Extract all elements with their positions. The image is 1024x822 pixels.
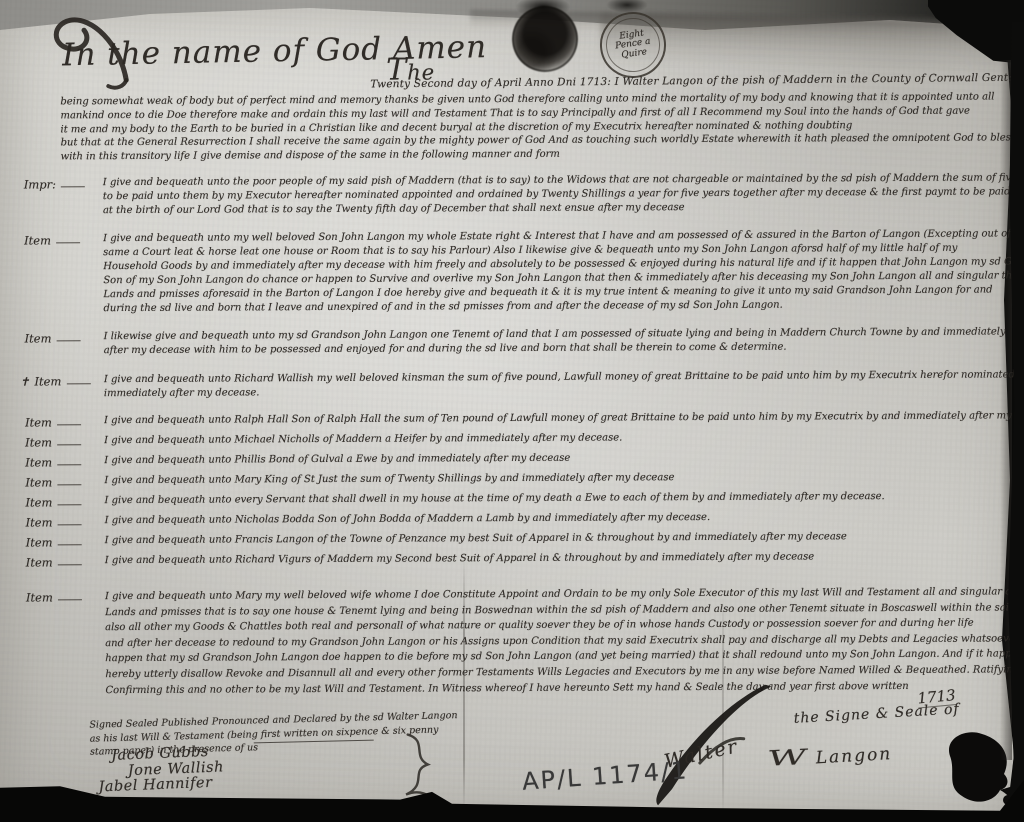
signature-initial: W [766, 745, 808, 771]
bequest-item: Item I likewise give and bequeath unto m… [12, 325, 1016, 358]
margin-label-dash [56, 340, 80, 341]
bequest-item: ✝ Item I give and bequeath unto Richard … [12, 368, 1016, 401]
bequest-line: I give and bequeath unto Nicholas Bodda … [105, 509, 1017, 528]
bequest-lines: I give and bequeath unto the poor people… [103, 171, 1015, 218]
margin-label-dash [57, 464, 81, 465]
bequest-item: Item I give and bequeath unto Mary my we… [13, 584, 1018, 698]
bequest-lines: I give and bequeath unto Ralph Hall Son … [104, 409, 1016, 428]
margin-label: Item [13, 514, 105, 529]
margin-label-text: Item [26, 535, 53, 549]
margin-label-text: Item [34, 374, 61, 388]
bequest-lines: I give and bequeath unto Mary King of St… [104, 469, 1016, 488]
margin-label: ✝ Item [12, 373, 104, 388]
margin-label-text: Item [25, 415, 52, 429]
margin-label-text: Item [25, 455, 52, 469]
margin-label-dash [56, 242, 80, 243]
bequest-item: Item I give and bequeath unto Ralph Hall… [12, 409, 1016, 429]
margin-label-dash [57, 424, 81, 425]
bequest-item: Item I give and bequeath unto my well be… [11, 227, 1015, 316]
bequest-item: Item I give and bequeath unto Mary King … [12, 469, 1016, 489]
heading: In the name of God Amen The [56, 16, 536, 83]
margin-label-text: Item [25, 331, 52, 345]
margin-label: Item [13, 589, 105, 604]
bequest-lines: I give and bequeath unto Francis Langon … [105, 529, 1017, 548]
bequest-line: I give and bequeath unto every Servant t… [104, 489, 1016, 508]
witness-signatures: Jacob Gubbs Jone Wallish Jabel Hannifer [97, 744, 225, 796]
bequest-item: Item I give and bequeath unto every Serv… [12, 489, 1016, 509]
witness-signature: Jabel Hannifer [98, 775, 225, 796]
bequest-lines: I give and bequeath unto every Servant t… [104, 489, 1016, 508]
bequest-item: Item I give and bequeath unto Michael Ni… [12, 429, 1016, 449]
margin-label: Item [12, 330, 104, 345]
margin-label-text: Item [26, 555, 53, 569]
margin-label: Item [12, 454, 104, 469]
margin-label-dash [66, 383, 90, 384]
bequest-item: Impr: I give and bequeath unto the poor … [11, 171, 1015, 218]
bequest-list: Impr: I give and bequeath unto the poor … [11, 171, 1018, 698]
margin-label-dash [57, 484, 81, 485]
preamble: being somewhat weak of body but of perfe… [60, 90, 1010, 164]
margin-label-text: Item [25, 435, 52, 449]
bequest-line: I give and bequeath unto Mary King of St… [104, 469, 1016, 488]
margin-label: Item [12, 474, 104, 489]
margin-label-dash [58, 544, 82, 545]
margin-label-text: Item [25, 475, 52, 489]
margin-label-dash [57, 524, 81, 525]
bequest-item: Item I give and bequeath unto Richard Vi… [13, 549, 1017, 569]
margin-label: Item [12, 494, 104, 509]
margin-label-dash [58, 564, 82, 565]
bequest-lines: I give and bequeath unto Mary my well be… [105, 584, 1018, 698]
margin-label-dash [61, 186, 85, 187]
bequest-item: Item I give and bequeath unto Francis La… [13, 529, 1017, 549]
margin-label: Item [11, 232, 103, 247]
bequest-line: I give and bequeath unto Phillis Bond of… [104, 449, 1016, 468]
bequest-lines: I give and bequeath unto Richard Wallish… [104, 368, 1016, 401]
manuscript-text-layer: In the name of God Amen The Twenty Secon… [0, 0, 1024, 822]
bequest-lines: I give and bequeath unto Phillis Bond of… [104, 449, 1016, 468]
margin-label: Item [13, 554, 105, 569]
margin-label-text: Item [25, 495, 52, 509]
bequest-item: Item I give and bequeath unto Nicholas B… [13, 509, 1017, 529]
margin-label-prefix: ✝ [20, 375, 30, 389]
scanned-will-document: Eight Pence a Quire In the name of God A… [0, 0, 1024, 822]
bequest-line: I give and bequeath unto Francis Langon … [105, 529, 1017, 548]
witness-brace-flourish-icon [394, 730, 438, 798]
bequest-lines: I give and bequeath unto Michael Nicholl… [104, 429, 1016, 448]
bequest-lines: I give and bequeath unto my well beloved… [103, 227, 1015, 316]
margin-label-dash [57, 444, 81, 445]
bequest-lines: I give and bequeath unto Nicholas Bodda … [105, 509, 1017, 528]
margin-label-dash [58, 599, 82, 600]
margin-label-text: Item [26, 515, 53, 529]
bequest-line: I give and bequeath unto Michael Nicholl… [104, 429, 1016, 448]
bequest-lines: I give and bequeath unto Richard Vigurs … [105, 549, 1017, 568]
margin-label: Impr: [11, 176, 103, 191]
bequest-item: Item I give and bequeath unto Phillis Bo… [12, 449, 1016, 469]
margin-label: Item [13, 534, 105, 549]
margin-label: Item [12, 434, 104, 449]
bequest-line: I give and bequeath unto Ralph Hall Son … [104, 409, 1016, 428]
margin-label: Item [12, 414, 104, 429]
bequest-lines: I likewise give and bequeath unto my sd … [104, 325, 1016, 358]
bequest-line: I give and bequeath unto Richard Vigurs … [105, 549, 1017, 568]
margin-label-dash [57, 504, 81, 505]
margin-label-text: Item [24, 233, 51, 247]
signature-langon: Langon [815, 744, 892, 768]
margin-label-text: Impr: [24, 177, 56, 191]
margin-label-text: Item [26, 590, 53, 604]
